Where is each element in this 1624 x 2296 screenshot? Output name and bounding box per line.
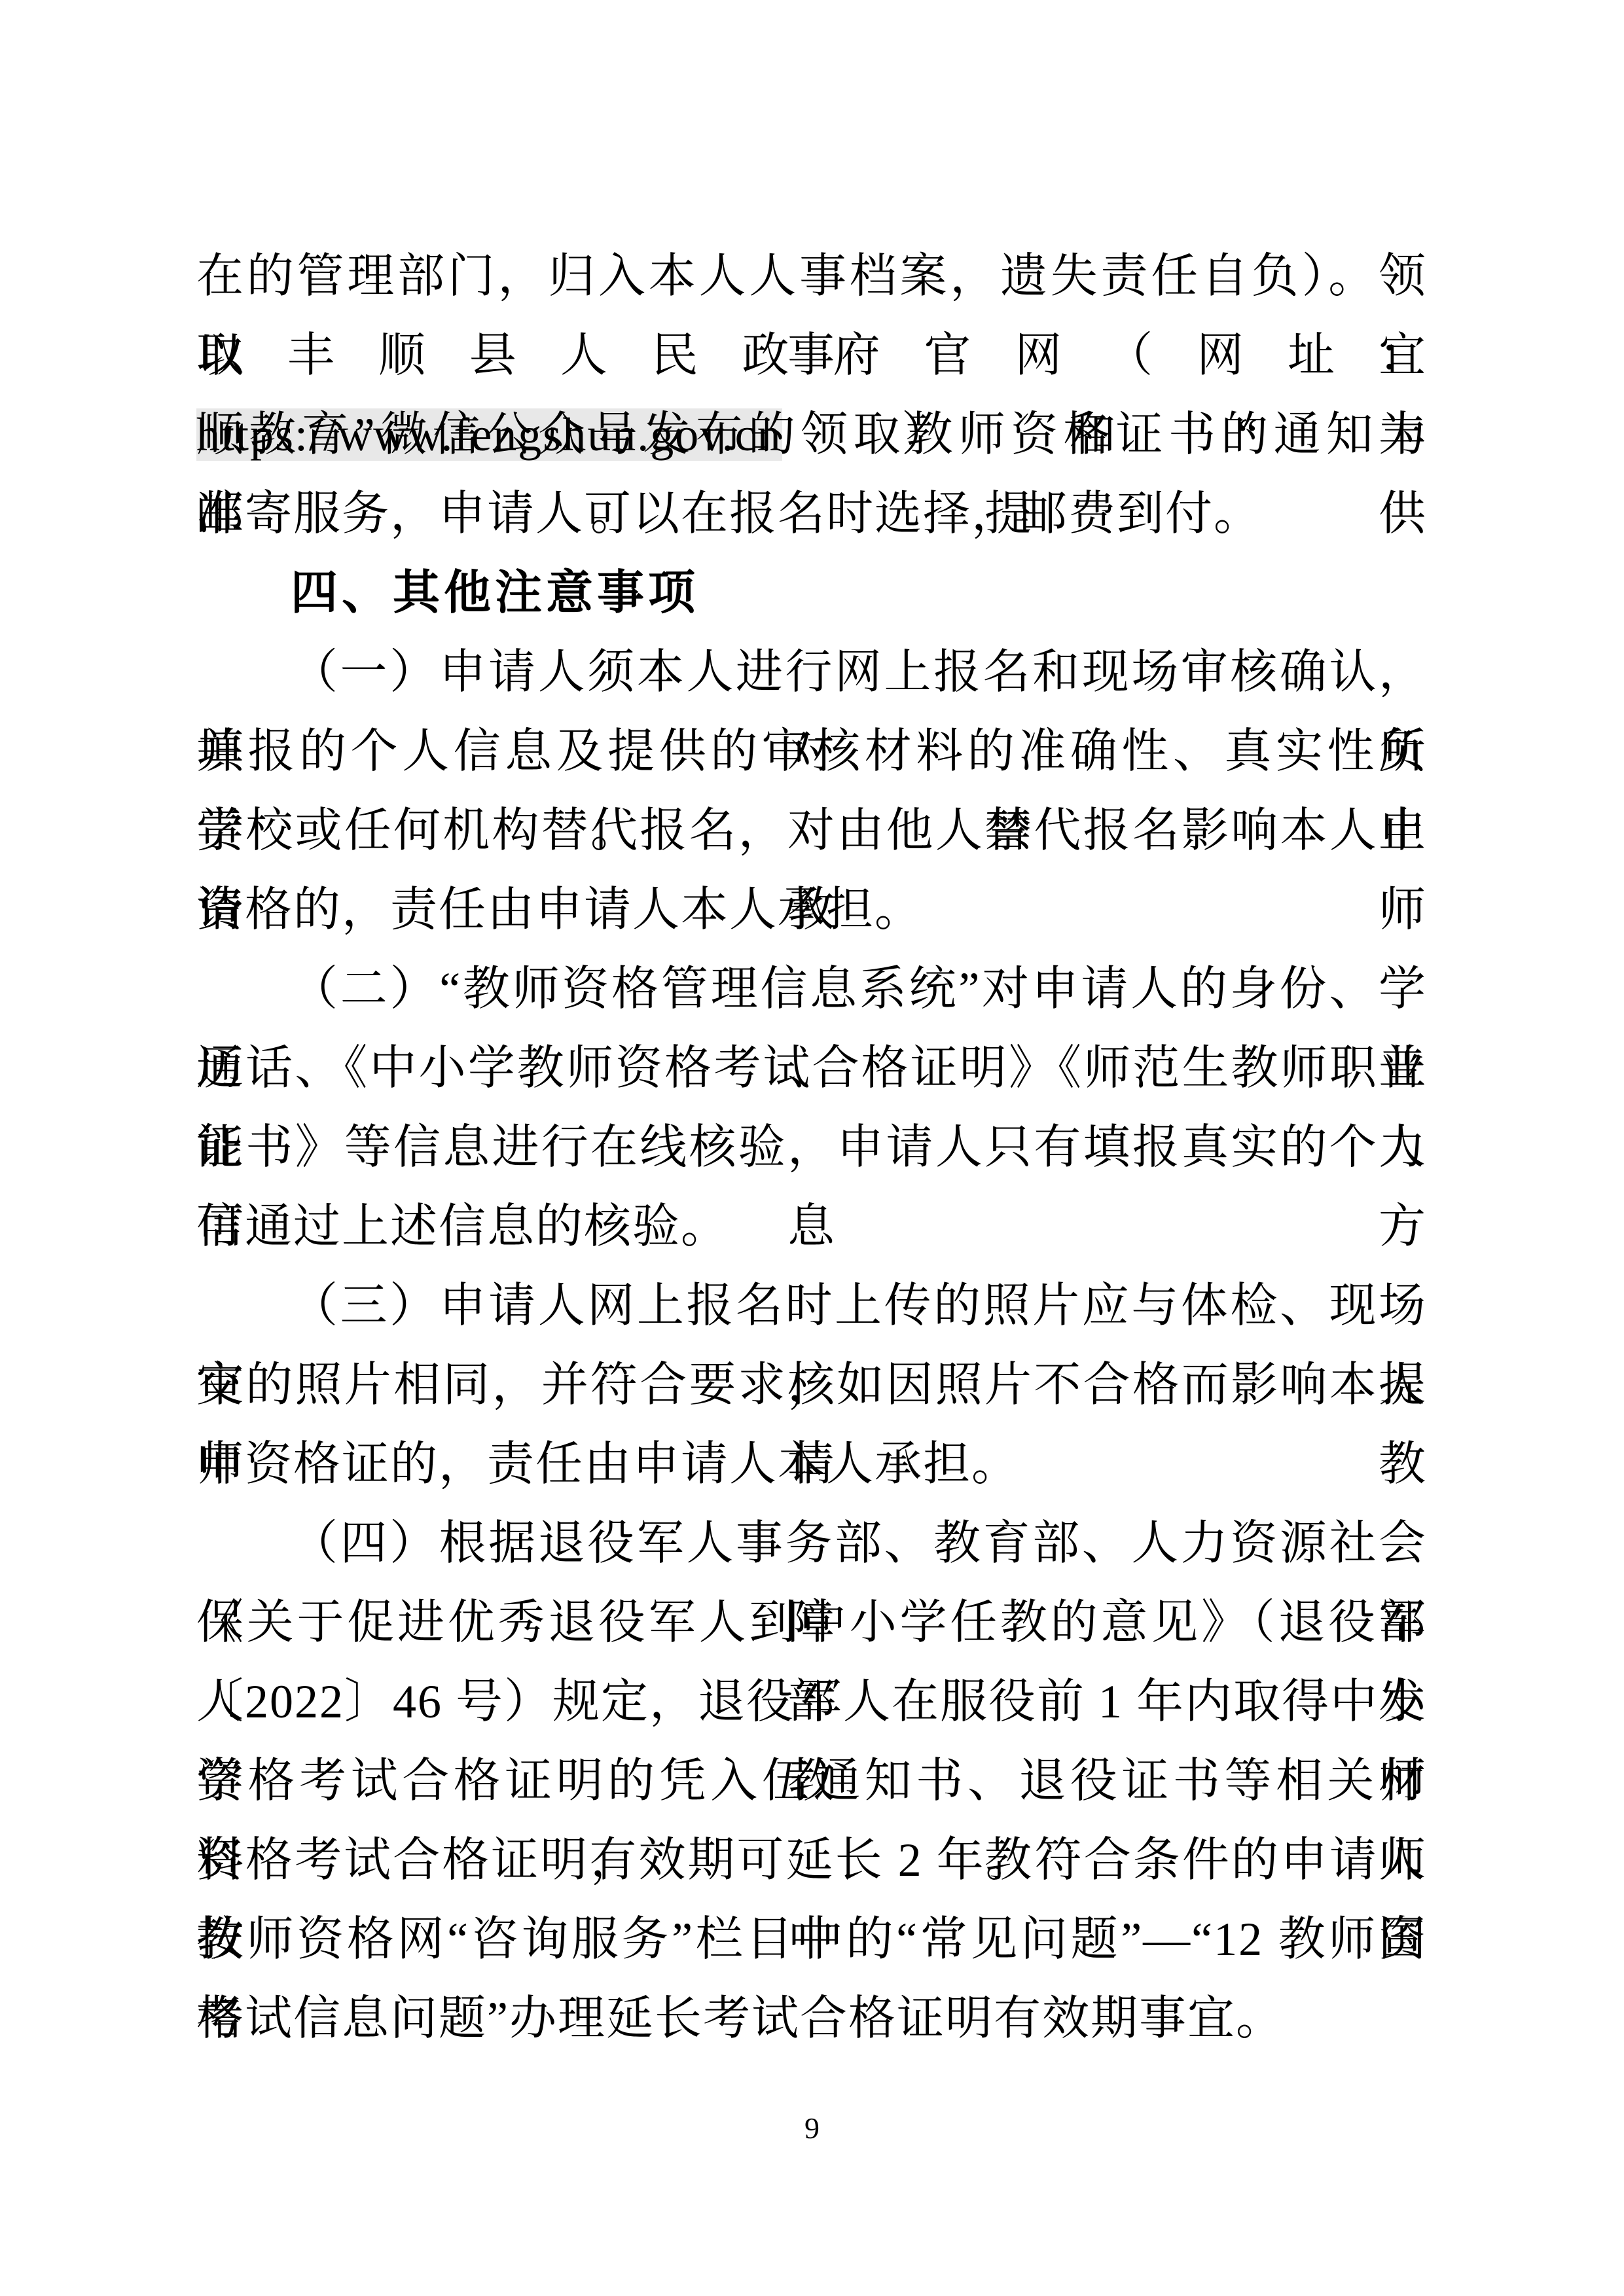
text-line: 教师资格网“咨询服务”栏目中的“常见问题”—“12 教师资格 [196,1900,1427,1979]
page-number: 9 [0,2109,1624,2148]
text-line: 学校或任何机构替代报名，对由他人替代报名影响本人申请教师 [196,791,1427,870]
text-segment: 可通过上述信息的核验。 [196,1200,729,1253]
section-heading: 四、其他注意事项 [196,554,1427,633]
text-segment: 四、其他注意事项 [291,567,699,619]
text-segment: 邮寄服务，申请人可以在报名时选择，邮费到付。 [196,488,1262,540]
text-line: （三）申请人网上报名时上传的照片应与体检、现场审核提 [196,1266,1427,1346]
text-line: （一）申请人须本人进行网上报名和现场审核确认，并对所 [196,633,1427,712]
page: 在的管理部门，归入本人人事档案，遗失责任自负）。领取事宜以丰顺县人民政府官网（网… [0,0,1624,2296]
text-line: 考试信息问题”办理延长考试合格证明有效期事宜。 [196,1979,1427,2058]
text-line: 《关于促进优秀退役军人到中小学任教的意见》（退役军人部发 [196,1583,1427,1662]
text-line: 以丰顺县人民政府官网（网址：https://www.fengshun.gov.c… [196,316,1427,395]
text-line: 资格考试合格证明有效期可延长 2 年。符合条件的申请人按中国 [196,1821,1427,1900]
text-segment: 师资格证的，责任由申请人本人承担。 [196,1438,1020,1490]
text-line: 在的管理部门，归入本人人事档案，遗失责任自负）。领取事宜 [196,237,1427,316]
text-line: 邮寄服务，申请人可以在报名时选择，邮费到付。 [196,475,1427,554]
text-line: 顺教育”微信公众号发布的领取教师资格证书的通知为准。提供 [196,395,1427,475]
document-body: 在的管理部门，归入本人人事档案，遗失责任自负）。领取事宜以丰顺县人民政府官网（网… [196,237,1427,2058]
text-line: 资格考试合格证明的凭入伍通知书、退役证书等相关材料，教师 [196,1742,1427,1821]
text-segment: 资格的，责任由申请人本人承担。 [196,884,923,936]
text-line: 证书》等信息进行在线核验，申请人只有填报真实的个人信息方 [196,1108,1427,1187]
text-line: （四）根据退役军人事务部、教育部、人力资源社会保障部 [196,1504,1427,1583]
text-line: （二）“教师资格管理信息系统”对申请人的身份、学历、普 [196,950,1427,1029]
text-segment: 考试信息问题”办理延长考试合格证明有效期事宜。 [196,1992,1284,2045]
text-line: 通话、《中小学教师资格考试合格证明》《师范生教师职业能力 [196,1029,1427,1108]
text-line: 交的照片相同，并符合要求，如因照片不合格而影响本人申请教 [196,1346,1427,1425]
text-line: 〔2022〕46 号）规定，退役军人在服役前 1 年内取得中小学教师 [196,1662,1427,1742]
text-segment: 以丰顺县人民政府官网（网址： [196,329,1427,382]
text-line: 填报的个人信息及提供的审核材料的准确性、真实性负责。禁止 [196,712,1427,791]
